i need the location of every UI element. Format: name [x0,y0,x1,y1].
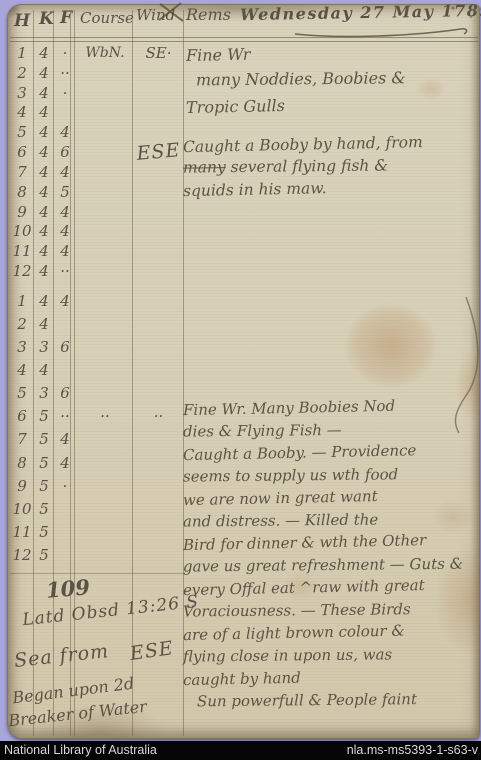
course-cell: WbN. [76,44,134,62]
fathoms-cell: 4 [54,123,76,141]
header-remarks: Rems [186,5,231,24]
knots-cell: 5 [34,454,54,472]
knots-cell: 4 [34,203,54,221]
knots-cell: 5 [34,546,54,564]
header-course: Course [80,9,134,27]
fathoms-cell: · [54,477,76,495]
header-knots: K [39,9,54,29]
fathoms-cell: 4 [54,203,76,221]
wind-cell [134,163,183,181]
wind-cell [134,64,183,82]
wind-cell [134,384,183,402]
library-caption-bar: National Library of Australia nla.ms-ms5… [0,741,481,760]
fathoms-cell [54,523,76,541]
log-row: 5 3 6 [10,384,183,402]
log-row: 11 5 [10,523,183,541]
fathoms-cell: 4 [54,242,76,260]
remarks-line: Tropic Gulls [186,89,476,121]
log-row: 3 3 6 [10,338,183,356]
knots-cell: 4 [34,183,54,201]
knots-cell: 4 [34,84,54,102]
knots-cell: 4 [34,64,54,82]
course-cell [76,242,134,260]
hour-cell: 8 [10,454,34,472]
log-row: 2 4 ·· [10,64,183,82]
course-cell [76,361,134,379]
library-name: National Library of Australia [4,741,157,760]
fathoms-cell: 4 [54,163,76,181]
fathoms-cell: · [54,44,76,62]
knots-cell: 4 [34,361,54,379]
fathoms-cell: 6 [54,338,76,356]
fathoms-cell: ·· [54,262,76,280]
course-cell [76,222,134,240]
knots-cell: 3 [34,338,54,356]
course-cell [76,183,134,201]
hour-cell: 4 [10,361,34,379]
log-row: 7 4 4 [10,163,183,181]
scanned-page: H K F Course Wind Rems Wednesday 27 May … [0,0,481,760]
fathoms-cell [54,103,76,121]
course-cell [76,163,134,181]
wind-cell [134,315,183,333]
log-row: 6 4 6 ESE [10,143,183,161]
knots-cell: 4 [34,143,54,161]
log-row: 11 4 4 [10,242,183,260]
course-cell [76,500,134,518]
hour-cell: 12 [10,262,34,280]
log-row: 5 4 4 [10,123,183,141]
wind-cell [134,222,183,240]
log-row: 2 4 [10,315,183,333]
hour-cell: 5 [10,123,34,141]
log-row: 1 4 · WbN. SE· [10,44,183,62]
log-row: 4 4 [10,361,183,379]
knots-cell: 5 [34,430,54,448]
log-row: 4 4 [10,103,183,121]
wind-cell [134,338,183,356]
log-table-first-half: 1 4 · WbN. SE· 2 4 ·· 3 4 · 4 4 [10,44,183,280]
log-table-second-half: 1 4 4 2 4 3 3 6 4 4 [10,292,183,564]
course-cell [76,523,134,541]
wind-cell [134,242,183,260]
remarks-line-rest: several flying fish & [226,156,389,176]
course-cell [76,338,134,356]
fathoms-cell: 4 [54,292,76,310]
hour-cell: 2 [10,64,34,82]
fathoms-cell [54,361,76,379]
course-cell [76,315,134,333]
header-fathoms: F [60,8,72,28]
fathoms-cell: 4 [54,222,76,240]
fathoms-cell [54,315,76,333]
log-row: 12 4 ·· [10,262,183,280]
course-cell: ·· [76,407,134,425]
log-row: 12 5 [10,546,183,564]
remarks-afternoon: Fine Wr. Many Boobies Noddies & Flying F… [183,396,481,711]
course-cell [76,384,134,402]
course-cell [76,262,134,280]
hour-cell: 5 [10,384,34,402]
hour-cell: 8 [10,183,34,201]
struck-word: many [183,158,226,176]
wind-cell [134,183,183,201]
log-row: 1 4 4 [10,292,183,310]
hour-cell: 10 [10,500,34,518]
fathoms-cell: 4 [54,430,76,448]
hour-cell: 4 [10,103,34,121]
knots-cell: 4 [34,44,54,62]
fathoms-cell: ·· [54,407,76,425]
distance-run: 109 [45,574,91,603]
wind-cell [134,454,183,472]
wind-cell [134,430,183,448]
fathoms-cell: 6 [54,143,76,161]
fathoms-cell: 4 [54,454,76,472]
hour-cell: 7 [10,430,34,448]
knots-cell: 5 [34,407,54,425]
wind-cell [134,546,183,564]
course-cell [76,546,134,564]
knots-cell: 4 [34,262,54,280]
log-row: 6 5 ·· ·· ·· [10,407,183,425]
course-cell [76,430,134,448]
course-cell [76,64,134,82]
hour-cell: 1 [10,292,34,310]
hour-cell: 9 [10,203,34,221]
knots-cell: 3 [34,384,54,402]
remarks-line: Sun powerfull & People faint [183,687,481,713]
remarks-morning: Fine Wrmany Noddies, Boobies &Tropic Gul… [186,40,476,118]
hour-cell: 2 [10,315,34,333]
wind-cell: ·· [134,407,183,425]
wind-cell [134,84,183,102]
knots-cell: 4 [34,292,54,310]
course-cell [76,454,134,472]
remarks-booby-caught: Caught a Booby by hand, from many severa… [183,133,481,199]
course-cell [76,123,134,141]
course-cell [76,477,134,495]
hour-cell: 3 [10,84,34,102]
knots-cell: 4 [34,315,54,333]
hour-cell: 7 [10,163,34,181]
hour-cell: 6 [10,407,34,425]
hour-cell: 6 [10,143,34,161]
fathoms-cell: ·· [54,64,76,82]
log-row: 8 4 5 [10,183,183,201]
log-row: 10 4 4 [10,222,183,240]
hour-cell: 11 [10,523,34,541]
log-row: 3 4 · [10,84,183,102]
wind-cell: ESE [133,141,183,163]
log-row: 7 5 4 [10,430,183,448]
manuscript-reference: nla.ms-ms5393-1-s63-v [347,741,478,760]
log-row: 9 5 · [10,477,183,495]
hour-cell: 3 [10,338,34,356]
wind-cell [134,103,183,121]
course-cell [76,103,134,121]
knots-cell: 4 [34,123,54,141]
log-row: 8 5 4 [10,454,183,472]
fathoms-cell: 5 [54,183,76,201]
fathoms-cell: · [54,84,76,102]
wind-cell [134,361,183,379]
fathoms-cell [54,546,76,564]
fathoms-cell [54,500,76,518]
table-bottom-rule [10,573,185,574]
ink-cross-flourish [156,1,186,23]
wind-cell [134,523,183,541]
header-hours: H [14,11,30,31]
course-cell [76,292,134,310]
wind-cell: SE· [134,44,183,62]
hour-cell: 1 [10,44,34,62]
knots-cell: 5 [34,523,54,541]
course-cell [76,203,134,221]
hour-cell: 12 [10,546,34,564]
wind-cell [134,292,183,310]
knots-cell: 4 [34,222,54,240]
knots-cell: 4 [34,242,54,260]
hour-cell: 11 [10,242,34,260]
knots-cell: 4 [34,163,54,181]
course-cell [76,84,134,102]
log-row: 9 4 4 [10,203,183,221]
course-cell [76,143,134,161]
wind-cell [134,262,183,280]
wind-cell [134,477,183,495]
hour-cell: 10 [10,222,34,240]
wind-cell [134,500,183,518]
log-row: 10 5 [10,500,183,518]
wind-cell [134,203,183,221]
fathoms-cell: 6 [54,384,76,402]
knots-cell: 5 [34,477,54,495]
knots-cell: 4 [34,103,54,121]
hour-cell: 9 [10,477,34,495]
knots-cell: 5 [34,500,54,518]
